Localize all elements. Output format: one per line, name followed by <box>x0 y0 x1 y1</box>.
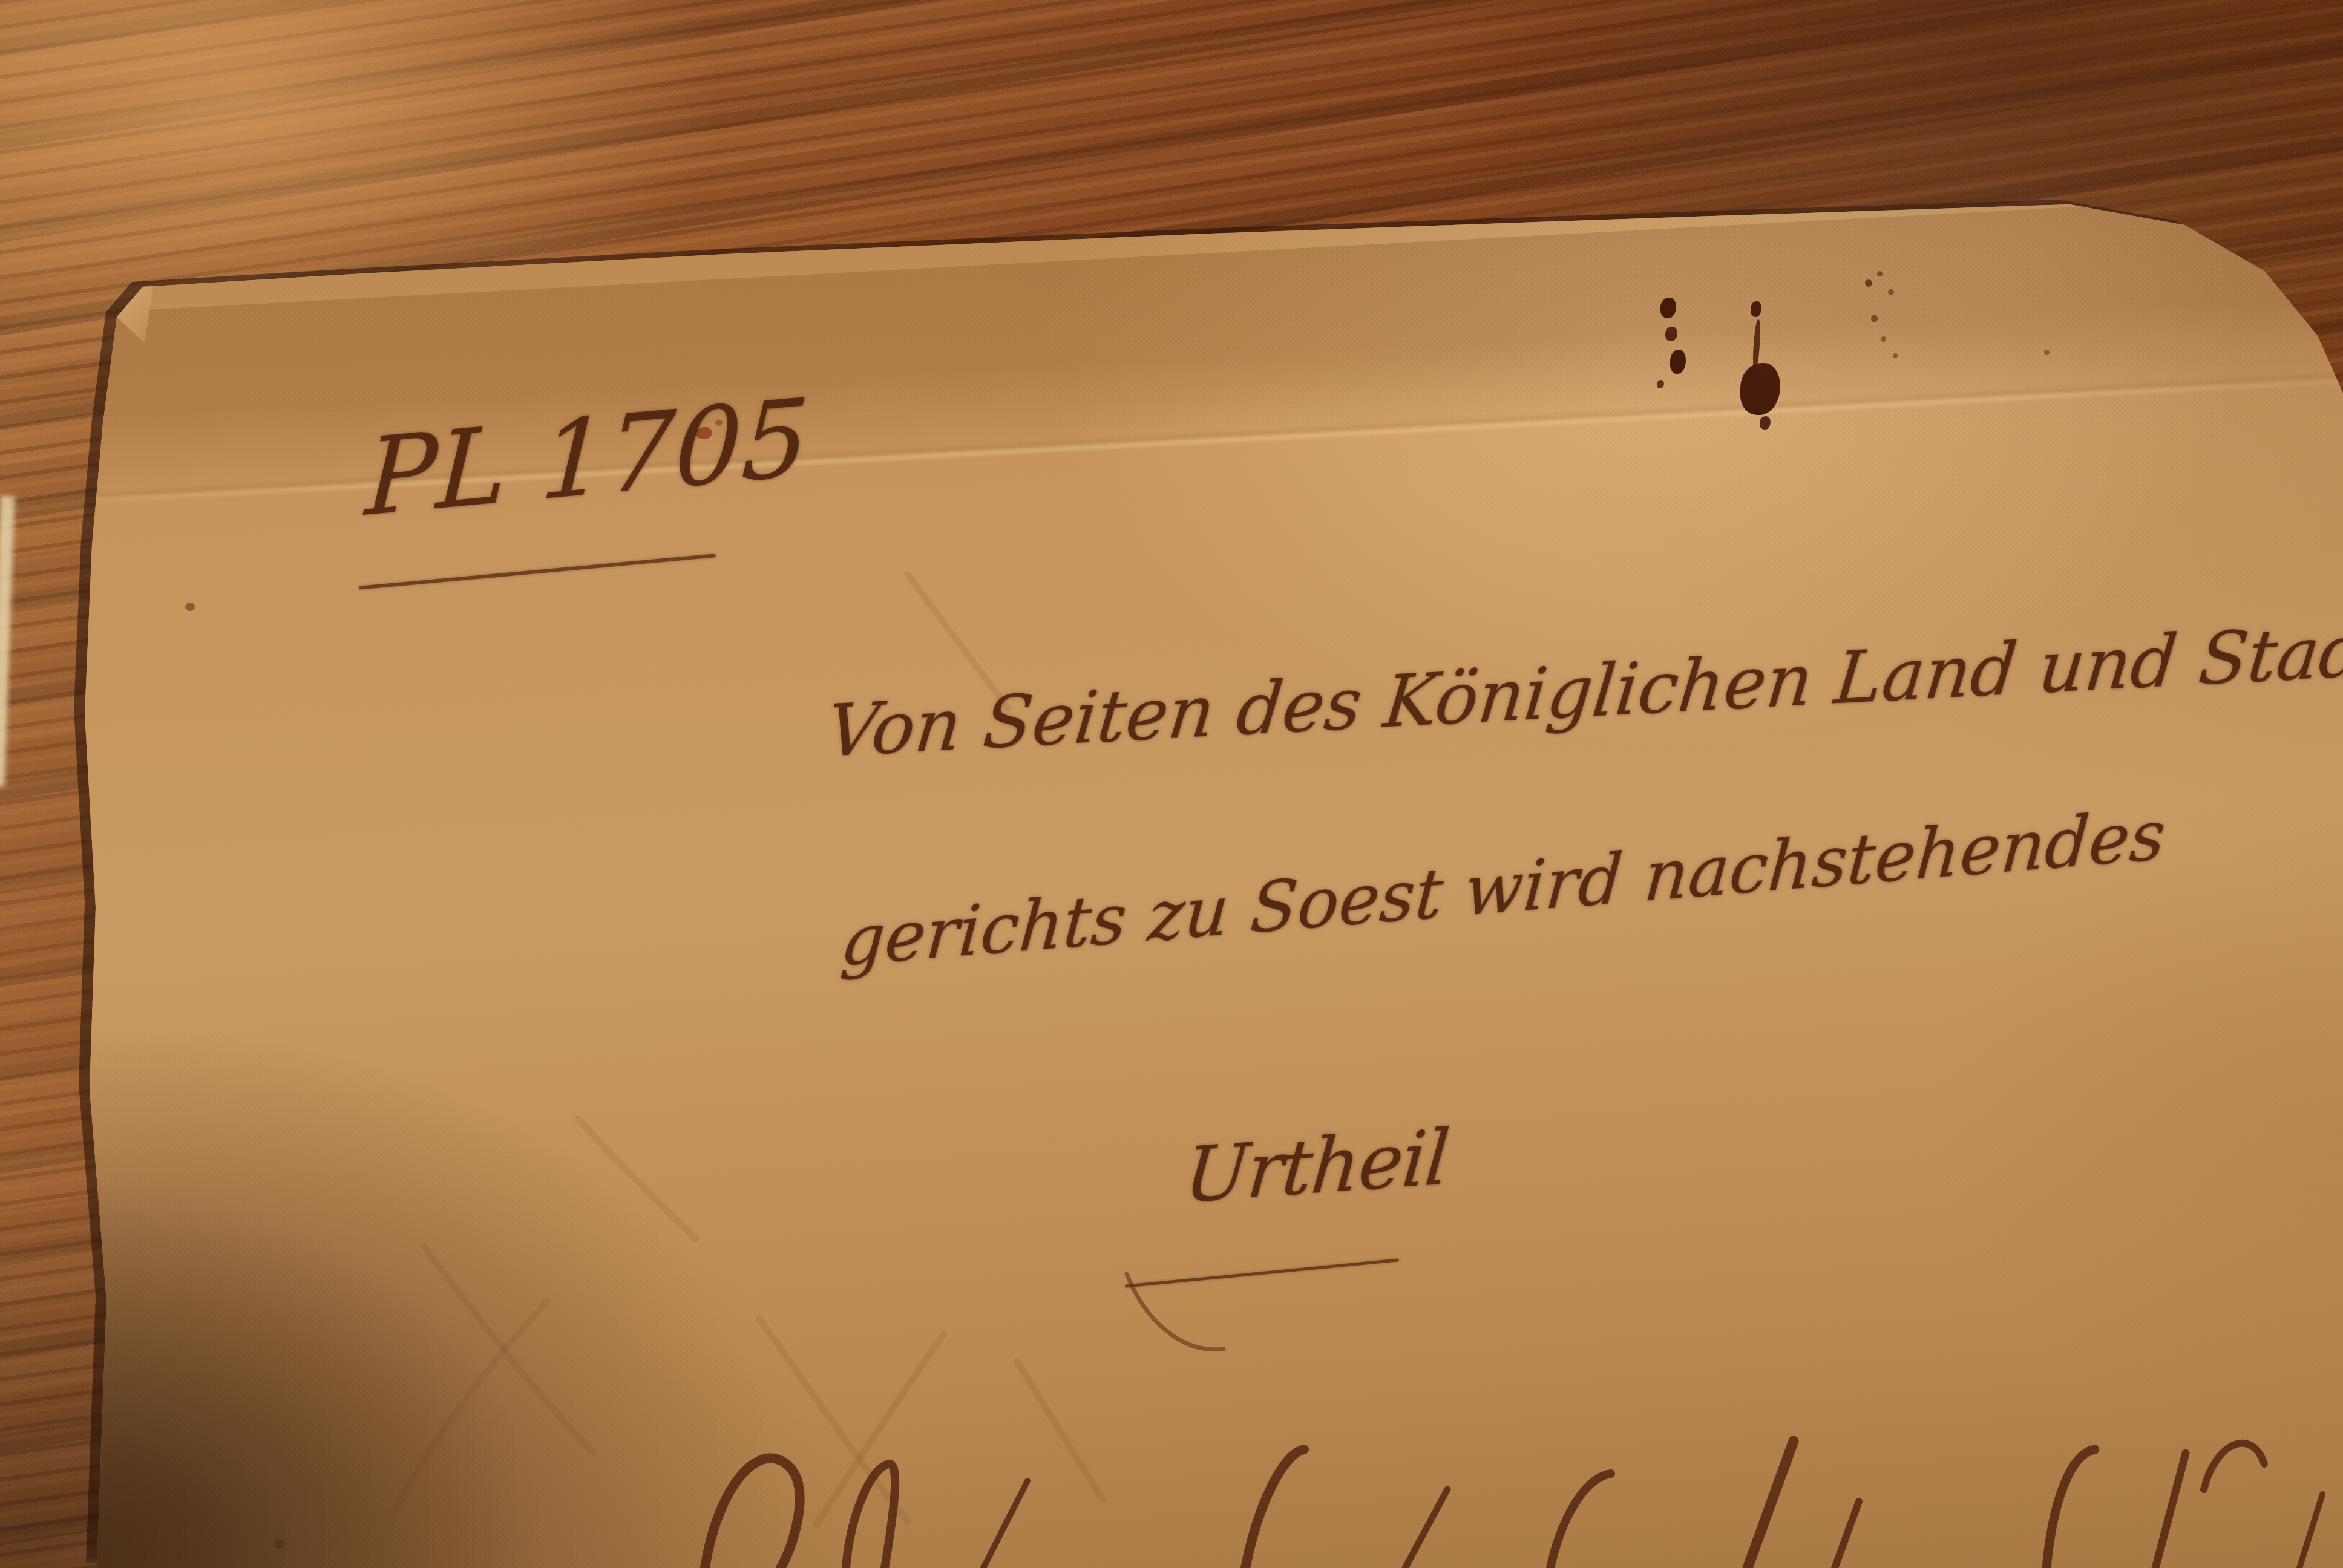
ink-speckle <box>1893 353 1898 358</box>
ink-speckle <box>1865 279 1872 287</box>
photo-canvas: { "document": { "annotation": "PL 1705",… <box>0 0 2343 1568</box>
paper-speck <box>274 1539 284 1549</box>
ink-speckle <box>1888 289 1894 295</box>
ink-speckle <box>2044 350 2050 355</box>
paper-speck <box>185 603 195 611</box>
ink-speckle <box>1871 315 1878 322</box>
ink-speckle <box>1877 271 1883 276</box>
ink-speckle <box>1881 336 1886 342</box>
